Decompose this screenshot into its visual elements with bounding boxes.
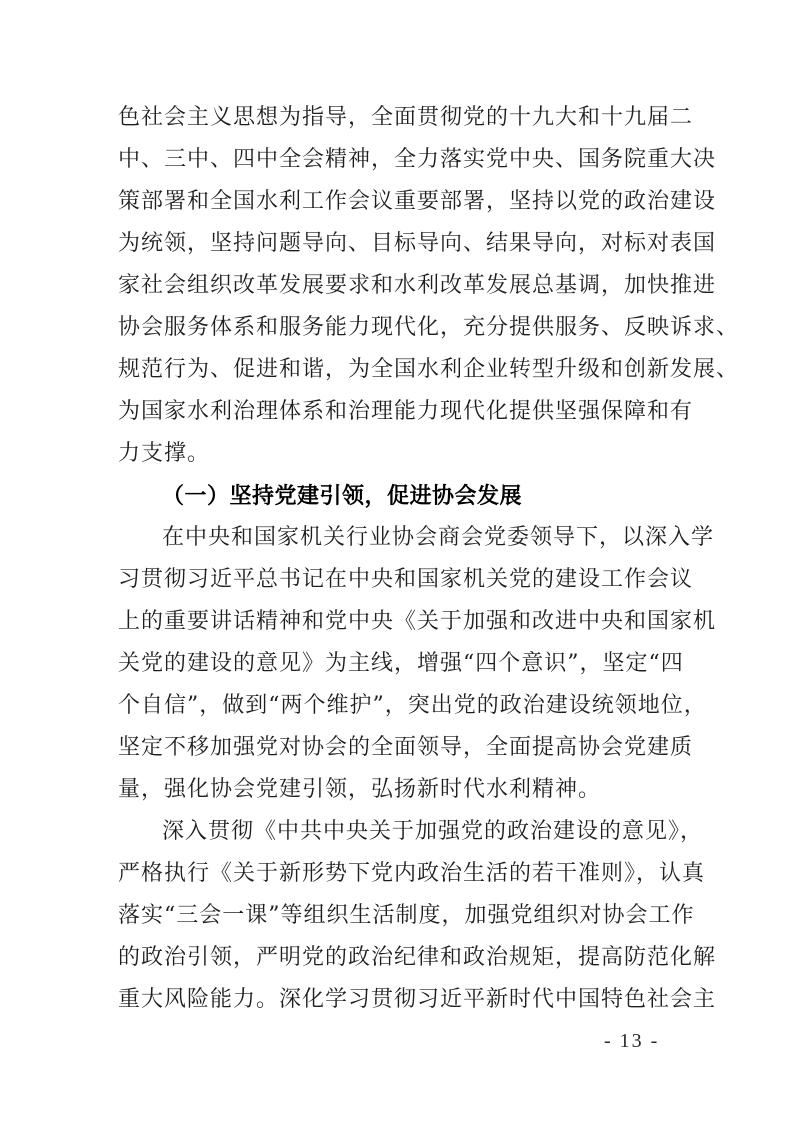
text-line: 量，强化协会党建引领，弘扬新时代水利精神。 [118,769,685,811]
text-line: 在中央和国家机关行业协会商会党委领导下，以深入学 [118,517,685,559]
text-line: 深入贯彻《中共中央关于加强党的政治建设的意见》， [118,811,685,853]
text-line: 家社会组织改革发展要求和水利改革发展总基调，加快推进 [118,265,685,307]
heading-line: （一）坚持党建引领，促进协会发展 [118,475,685,517]
text-line: 习贯彻习近平总书记在中央和国家机关党的建设工作会议 [118,559,685,601]
text-line: 个自信”，做到“两个维护”，突出党的政治建设统领地位， [118,685,685,727]
text-line: 力支撑。 [118,433,685,475]
text-line: 为统领，坚持问题导向、目标导向、结果导向，对标对表国 [118,223,685,265]
document-page: 色社会主义思想为指导，全面贯彻党的十九大和十九届二中、三中、四中全会精神，全力落… [0,0,800,1131]
text-line: 上的重要讲话精神和党中央《关于加强和改进中央和国家机 [118,601,685,643]
paragraph: 色社会主义思想为指导，全面贯彻党的十九大和十九届二中、三中、四中全会精神，全力落… [118,97,685,475]
text-line: 严格执行《关于新形势下党内政治生活的若干准则》，认真 [118,853,685,895]
text-line: 落实“三会一课”等组织生活制度，加强党组织对协会工作 [118,895,685,937]
section-heading: （一）坚持党建引领，促进协会发展 [118,475,685,517]
paragraph: 深入贯彻《中共中央关于加强党的政治建设的意见》，严格执行《关于新形势下党内政治生… [118,811,685,1021]
text-line: 协会服务体系和服务能力现代化，充分提供服务、反映诉求、 [118,307,685,349]
text-line: 关党的建设的意见》为主线，增强“四个意识”，坚定“四 [118,643,685,685]
paragraph: 在中央和国家机关行业协会商会党委领导下，以深入学习贯彻习近平总书记在中央和国家机… [118,517,685,811]
text-line: 中、三中、四中全会精神，全力落实党中央、国务院重大决 [118,139,685,181]
text-line: 策部署和全国水利工作会议重要部署，坚持以党的政治建设 [118,181,685,223]
page-number: - 13 - [604,1026,659,1056]
text-line: 重大风险能力。深化学习贯彻习近平新时代中国特色社会主 [118,979,685,1021]
text-line: 的政治引领，严明党的政治纪律和政治规矩，提高防范化解 [118,937,685,979]
text-line: 色社会主义思想为指导，全面贯彻党的十九大和十九届二 [118,97,685,139]
text-line: 为国家水利治理体系和治理能力现代化提供坚强保障和有 [118,391,685,433]
text-block: 色社会主义思想为指导，全面贯彻党的十九大和十九届二中、三中、四中全会精神，全力落… [118,97,685,1021]
text-line: 规范行为、促进和谐，为全国水利企业转型升级和创新发展、 [118,349,685,391]
text-line: 坚定不移加强党对协会的全面领导，全面提高协会党建质 [118,727,685,769]
